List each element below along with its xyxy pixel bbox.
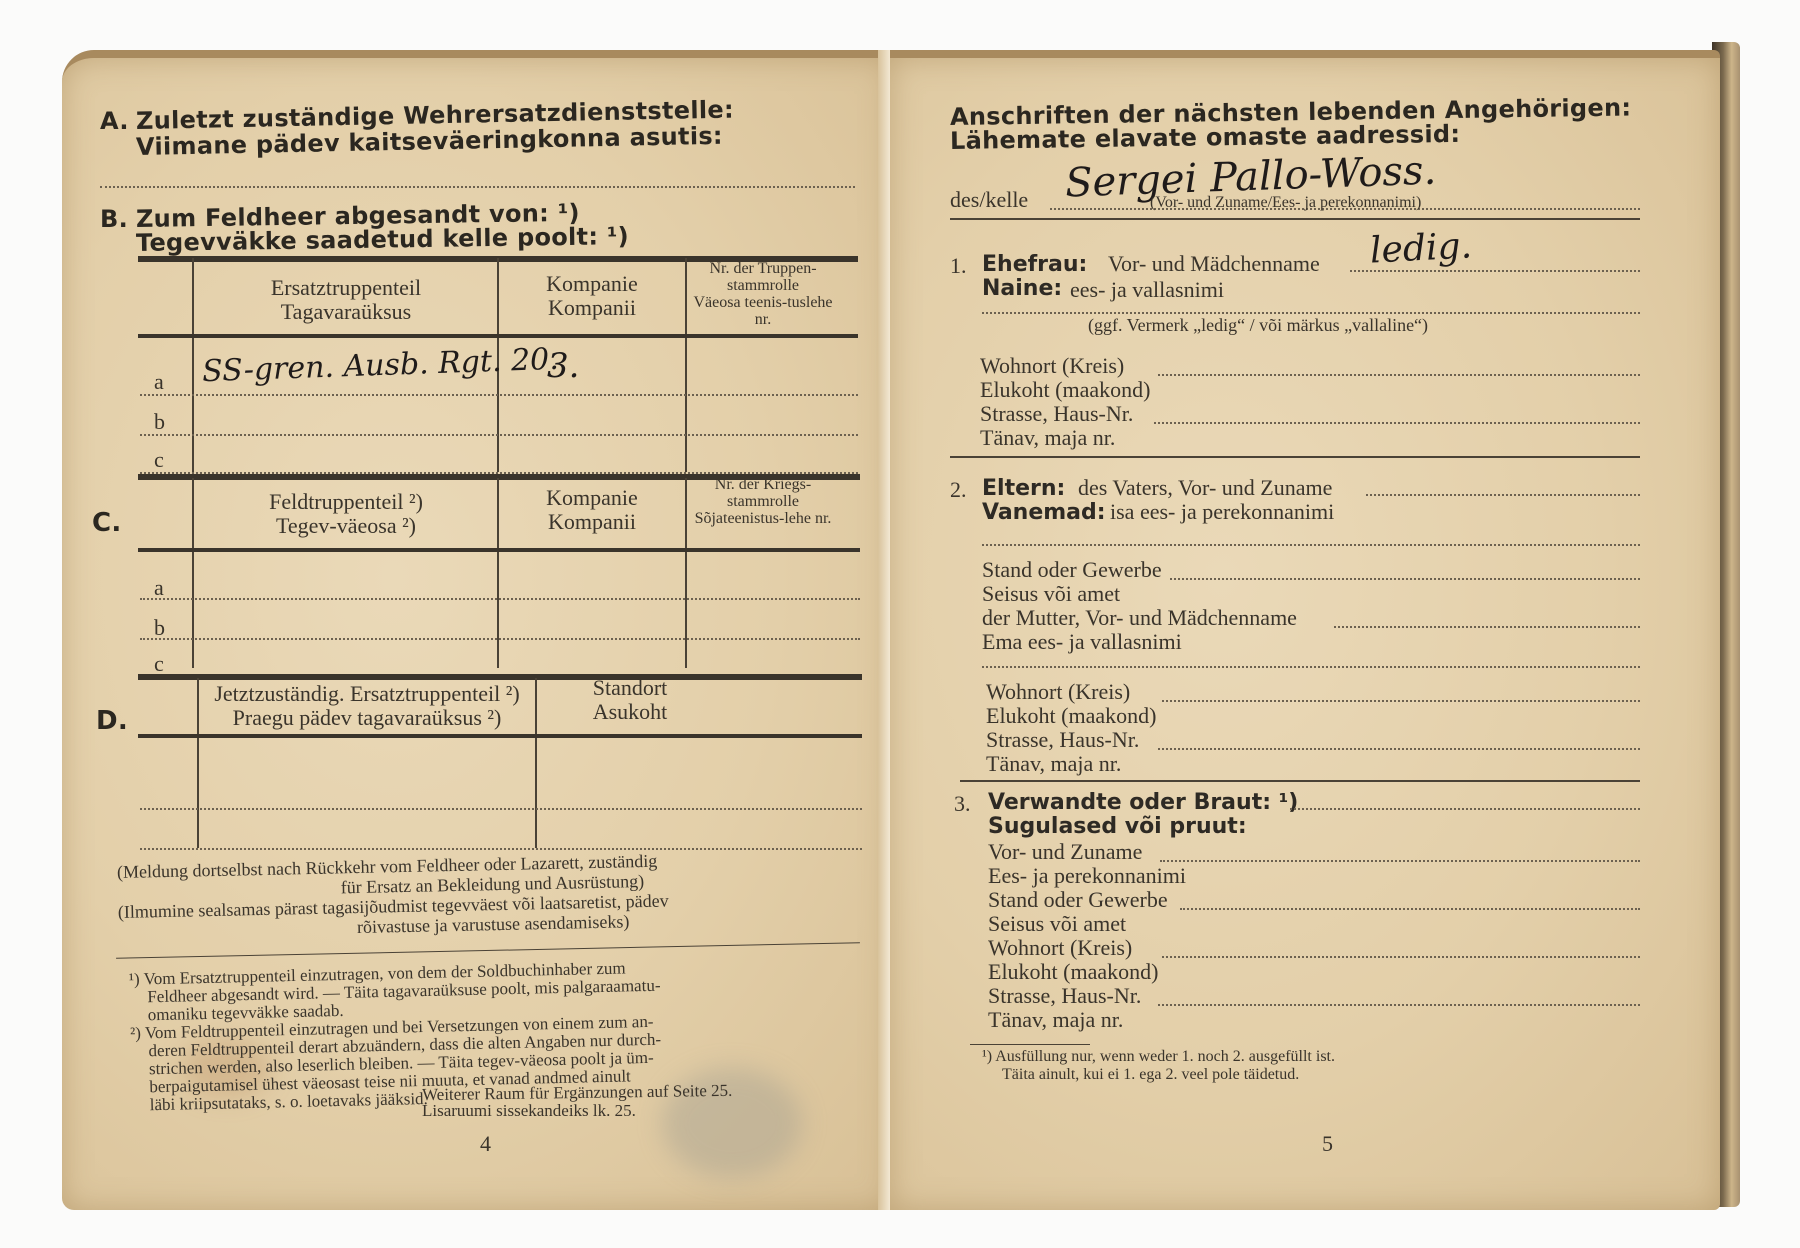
section-3-title-de: Verwandte oder Braut: ¹): [988, 790, 1298, 815]
fill-line[interactable]: [1158, 748, 1640, 750]
field-label: Stand oder Gewerbe: [988, 888, 1168, 912]
section-2-title-et: Vanemad:: [982, 500, 1106, 525]
row-label: a: [154, 370, 164, 394]
page-number: 5: [1322, 1132, 1333, 1156]
left-page: A. Zuletzt zuständige Wehrersatzdienstst…: [62, 50, 890, 1210]
col-header-unit-de: Jetztzuständig. Ersatztruppenteil ²): [200, 682, 534, 706]
col-header-number: Nr. der Truppen-stammrolle Väeosa teenis…: [688, 260, 838, 328]
table-rule: [138, 548, 860, 552]
section-2-title-de: Eltern:: [982, 476, 1065, 501]
row-line[interactable]: [140, 808, 862, 810]
field-label: Wohnort (Kreis): [980, 354, 1124, 378]
fill-line[interactable]: [1158, 1004, 1640, 1006]
section-divider: [950, 456, 1640, 458]
section-3-number: 3.: [954, 792, 971, 816]
fill-line[interactable]: [982, 666, 1640, 668]
section-3-title-et: Sugulased või pruut:: [988, 814, 1247, 839]
row-label: a: [154, 576, 164, 600]
col-header-unit-et: Tegev-väeosa ²): [197, 514, 495, 538]
fill-line[interactable]: [1154, 422, 1640, 424]
owner-hint: (Vor- und Zuname/Ees- ja perekonnanimi): [1150, 194, 1421, 211]
fill-line[interactable]: [982, 312, 1640, 314]
section-a-fill-line[interactable]: [100, 186, 855, 188]
section-2-number: 2.: [950, 478, 967, 502]
fill-line[interactable]: [1162, 700, 1640, 702]
col-header-unit-de: Ersatztruppenteil: [197, 276, 495, 300]
section-c-letter: C.: [92, 510, 122, 536]
section-b-title-et: Tegevväkke saadetud kelle poolt: ¹): [136, 223, 629, 256]
section-1-hint: (ggf. Vermerk „ledig“ / või märkus „vall…: [1088, 316, 1428, 335]
section-1-number: 1.: [950, 254, 967, 278]
field-label: Vor- und Zuname: [988, 840, 1142, 864]
field-label: Ema ees- ja vallasnimi: [982, 630, 1182, 654]
table-rule: [138, 674, 862, 680]
field-label: Tänav, maja nr.: [980, 426, 1115, 450]
row-line[interactable]: [140, 434, 858, 436]
col-header-number-et: Sõjateenistus-lehe nr.: [688, 510, 838, 527]
field-label: Ees- ja perekonnanimi: [988, 864, 1186, 888]
column-divider: [685, 338, 687, 472]
section-b-letter: B.: [100, 206, 128, 232]
field-label: Seisus või amet: [988, 912, 1126, 936]
fill-line[interactable]: [1158, 374, 1640, 376]
col-header-number-et: Väeosa teenis-tuslehe nr.: [688, 294, 838, 328]
section-divider: [960, 780, 1640, 782]
column-divider: [197, 678, 199, 848]
row-line[interactable]: [140, 848, 862, 850]
table-rule: [138, 734, 862, 738]
handwritten-company[interactable]: 3.: [547, 346, 579, 386]
section-divider: [950, 218, 1640, 220]
col-header-number-de: Nr. der Kriegs-stammrolle: [688, 476, 838, 510]
more-space-et: Lisaruumi sissekandeiks lk. 25.: [422, 1102, 636, 1119]
page-number: 4: [480, 1132, 491, 1156]
field-label: Tänav, maja nr.: [988, 1008, 1123, 1032]
footnote-de: ¹) Ausfüllung nur, wenn weder 1. noch 2.…: [982, 1048, 1335, 1065]
spouse-handwritten[interactable]: ledig.: [1369, 225, 1473, 271]
column-divider: [535, 678, 537, 848]
fill-line[interactable]: [1290, 808, 1640, 810]
section-1-title-de: Ehefrau:: [982, 252, 1087, 277]
section-d-letter: D.: [96, 708, 128, 734]
field-label: Strasse, Haus-Nr.: [986, 728, 1139, 752]
field-label: Elukoht (maakond): [988, 960, 1158, 984]
row-line[interactable]: [140, 638, 860, 640]
field-label: der Mutter, Vor- und Mädchenname: [982, 606, 1297, 630]
section-1-label-et: ees- ja vallasnimi: [1070, 278, 1224, 302]
fill-line[interactable]: [1366, 494, 1640, 496]
col-header-number: Nr. der Kriegs-stammrolle Sõjateenistus-…: [688, 476, 838, 527]
col-header-company-et: Kompanii: [502, 510, 682, 534]
row-label: c: [154, 448, 164, 472]
row-label: b: [154, 410, 165, 434]
field-label: Stand oder Gewerbe: [982, 558, 1162, 582]
handwritten-unit[interactable]: SS-gren. Ausb. Rgt. 20.: [201, 342, 559, 389]
more-space-de: Weiterer Raum für Ergänzungen auf Seite …: [422, 1082, 733, 1103]
col-header-company-de: Kompanie: [502, 486, 682, 510]
footnote-line: läbi kriipsutataks, s. o. loetavaks jääk…: [150, 1090, 428, 1113]
right-page: Anschriften der nächsten lebenden Angehö…: [890, 50, 1720, 1210]
fill-line[interactable]: [1180, 908, 1640, 910]
section-2-label-de: des Vaters, Vor- und Zuname: [1078, 476, 1332, 500]
fill-line[interactable]: [1334, 626, 1640, 628]
field-label: Seisus või amet: [982, 582, 1120, 606]
field-label: Wohnort (Kreis): [988, 936, 1132, 960]
row-label: c: [154, 652, 164, 676]
field-label: Strasse, Haus-Nr.: [988, 984, 1141, 1008]
field-label: Strasse, Haus-Nr.: [980, 402, 1133, 426]
section-1-label-de: Vor- und Mädchenname: [1108, 252, 1320, 276]
col-header-company-de: Kompanie: [502, 272, 682, 296]
field-label: Tänav, maja nr.: [986, 752, 1121, 776]
section-a-letter: A.: [100, 108, 129, 134]
col-header-company-et: Kompanii: [502, 296, 682, 320]
field-label: Wohnort (Kreis): [986, 680, 1130, 704]
fill-line[interactable]: [1160, 860, 1640, 862]
footnote-divider: [116, 942, 860, 959]
reporting-note: (Meldung dortselbst nach Rückkehr vom Fe…: [62, 41, 890, 58]
footnotes: ¹) Vom Ersatztruppenteil einzutragen, vo…: [62, 39, 890, 58]
column-divider: [192, 338, 194, 472]
fill-line[interactable]: [1162, 956, 1640, 958]
footnote-et: Täita ainult, kui ei 1. ega 2. veel pole…: [1002, 1066, 1299, 1083]
section-1-title-et: Naine:: [982, 276, 1062, 301]
col-header-unit-et: Tagavaraüksus: [197, 300, 495, 324]
owner-label: des/kelle: [950, 188, 1028, 212]
row-line: [140, 394, 858, 396]
col-header-number-de: Nr. der Truppen-stammrolle: [688, 260, 838, 294]
col-header-location-de: Standort: [540, 676, 720, 700]
section-2-label-et: isa ees- ja perekonnanimi: [1110, 500, 1334, 524]
field-label: Elukoht (maakond): [980, 378, 1150, 402]
footnote-divider: [970, 1044, 1090, 1045]
row-line[interactable]: [140, 598, 860, 600]
fill-line[interactable]: [982, 544, 1640, 546]
row-label: b: [154, 616, 165, 640]
col-header-location-et: Asukoht: [540, 700, 720, 724]
fill-line[interactable]: [1170, 578, 1640, 580]
col-header-unit-de: Feldtruppenteil ²): [197, 490, 495, 514]
col-header-unit-et: Praegu pädev tagavaraüksus ²): [200, 706, 534, 730]
field-label: Elukoht (maakond): [986, 704, 1156, 728]
